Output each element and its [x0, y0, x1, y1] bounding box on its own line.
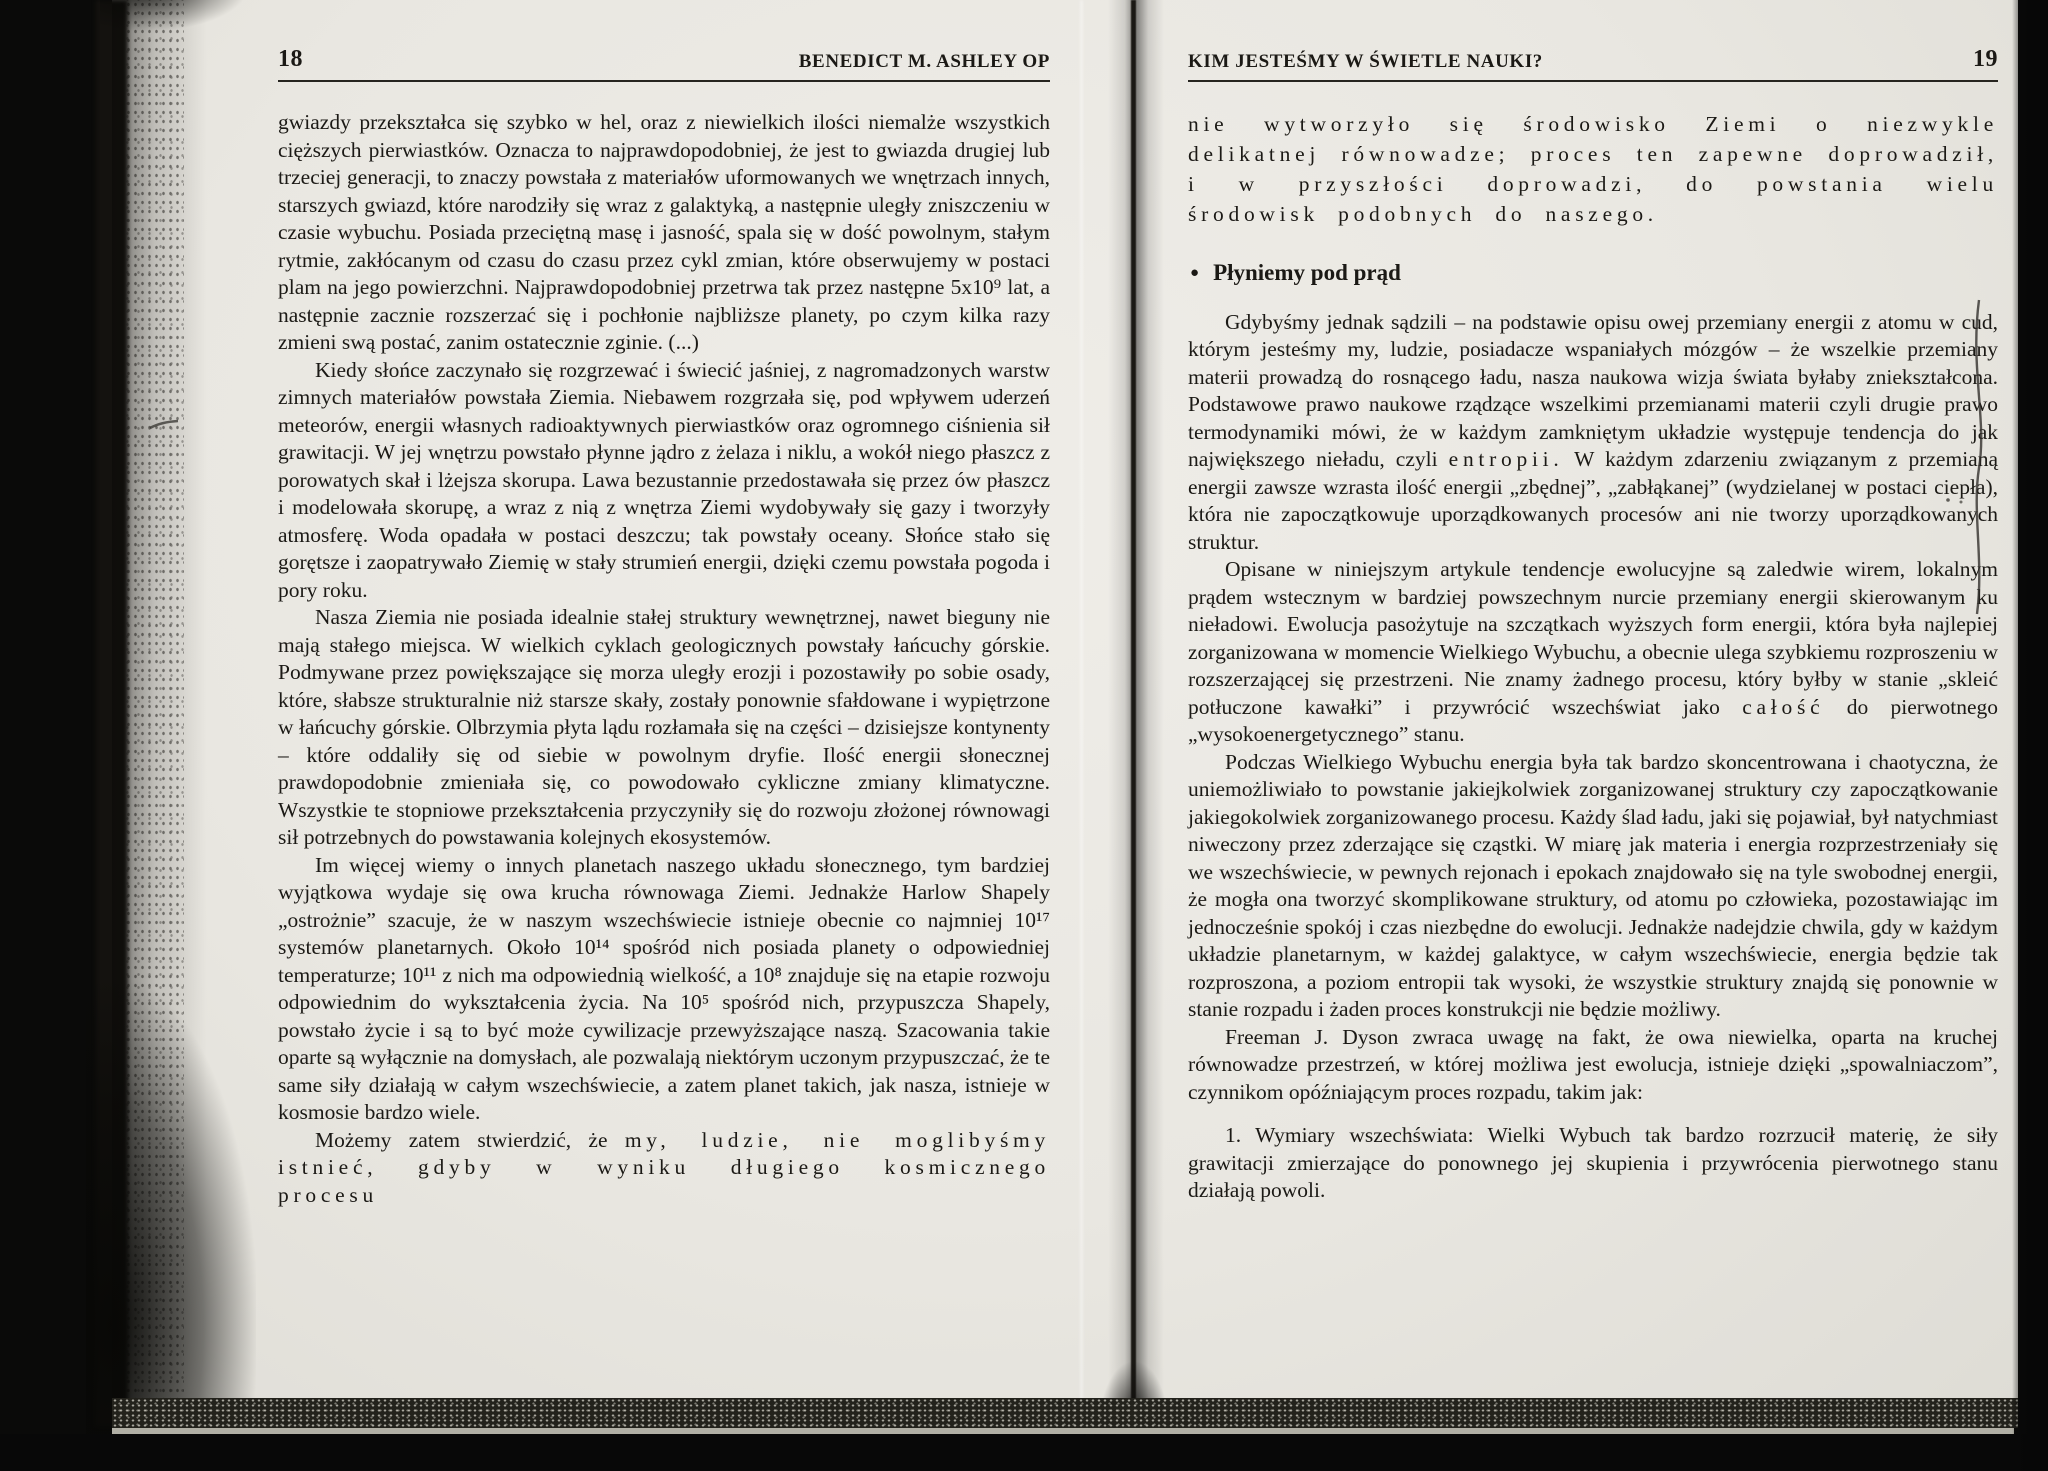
page-19: KIM JESTEŚMY W ŚWIETLE NAUKI? 19 nie wyt…	[1188, 46, 1998, 1205]
bottom-texture-band	[112, 1398, 2018, 1428]
list-item-1: 1. Wymiary wszechświata: Wielki Wybuch t…	[1188, 1122, 1998, 1205]
bottom-black-band	[0, 1434, 2048, 1471]
gutter-shadow	[1108, 0, 1164, 1426]
scan-edge-right	[2012, 0, 2048, 1471]
page-19-header: KIM JESTEŚMY W ŚWIETLE NAUKI? 19	[1188, 46, 1998, 82]
page-number-right: 19	[1973, 46, 1998, 73]
section-heading-label: Płyniemy pod prąd	[1213, 259, 1401, 287]
paragraph-star-evolution: gwiazdy przekształca się szybko w hel, o…	[278, 109, 1050, 357]
paragraph-conclusion-start: Możemy zatem stwierdzić, że my, ludzie, …	[278, 1127, 1050, 1210]
paragraph-conclusion-normal: Możemy zatem stwierdzić, że	[315, 1128, 625, 1152]
section-heading: ● Płyniemy pod prąd	[1190, 259, 1998, 287]
fold-crease-highlight	[1080, 0, 1083, 1424]
paragraph-earth-formation: Kiedy słońce zaczynało się rozgrzewać i …	[278, 357, 1050, 605]
page-number-left: 18	[278, 46, 303, 73]
running-header-right: KIM JESTEŚMY W ŚWIETLE NAUKI?	[1188, 51, 1543, 73]
page-18-body: gwiazdy przekształca się szybko w hel, o…	[278, 109, 1050, 1209]
book-scan: 18 BENEDICT M. ASHLEY OP gwiazdy przeksz…	[0, 0, 2048, 1471]
paragraph-thermodynamics-spaced: entropii.	[1449, 447, 1564, 471]
paragraph-thermodynamics: Gdybyśmy jednak sądzili – na podstawie o…	[1188, 309, 1998, 557]
scan-blotch-top-left	[100, 0, 250, 32]
paragraph-evolution-eddy-spaced: całość	[1742, 695, 1824, 719]
paragraph-planetary-systems: Im więcej wiemy o innych planetach nasze…	[278, 852, 1050, 1127]
paragraph-evolution-eddy: Opisane w niniejszym artykule tendencje …	[1188, 556, 1998, 749]
gutter-line	[1131, 0, 1136, 1426]
paragraph-earth-structure: Nasza Ziemia nie posiada idealnie stałej…	[278, 604, 1050, 852]
page-18: 18 BENEDICT M. ASHLEY OP gwiazdy przeksz…	[278, 46, 1050, 1209]
running-header-left: BENEDICT M. ASHLEY OP	[799, 51, 1050, 73]
page-18-header: 18 BENEDICT M. ASHLEY OP	[278, 46, 1050, 82]
scan-blotch-bottom-left	[86, 980, 256, 1440]
paragraph-continuation: nie wytworzyło się środowisko Ziemi o ni…	[1188, 109, 1998, 229]
page-19-body: nie wytworzyło się środowisko Ziemi o ni…	[1188, 109, 1998, 1205]
paragraph-big-bang: Podczas Wielkiego Wybuchu energia była t…	[1188, 749, 1998, 1024]
paragraph-dyson: Freeman J. Dyson zwraca uwagę na fakt, ż…	[1188, 1024, 1998, 1107]
bullet-icon: ●	[1190, 266, 1199, 281]
